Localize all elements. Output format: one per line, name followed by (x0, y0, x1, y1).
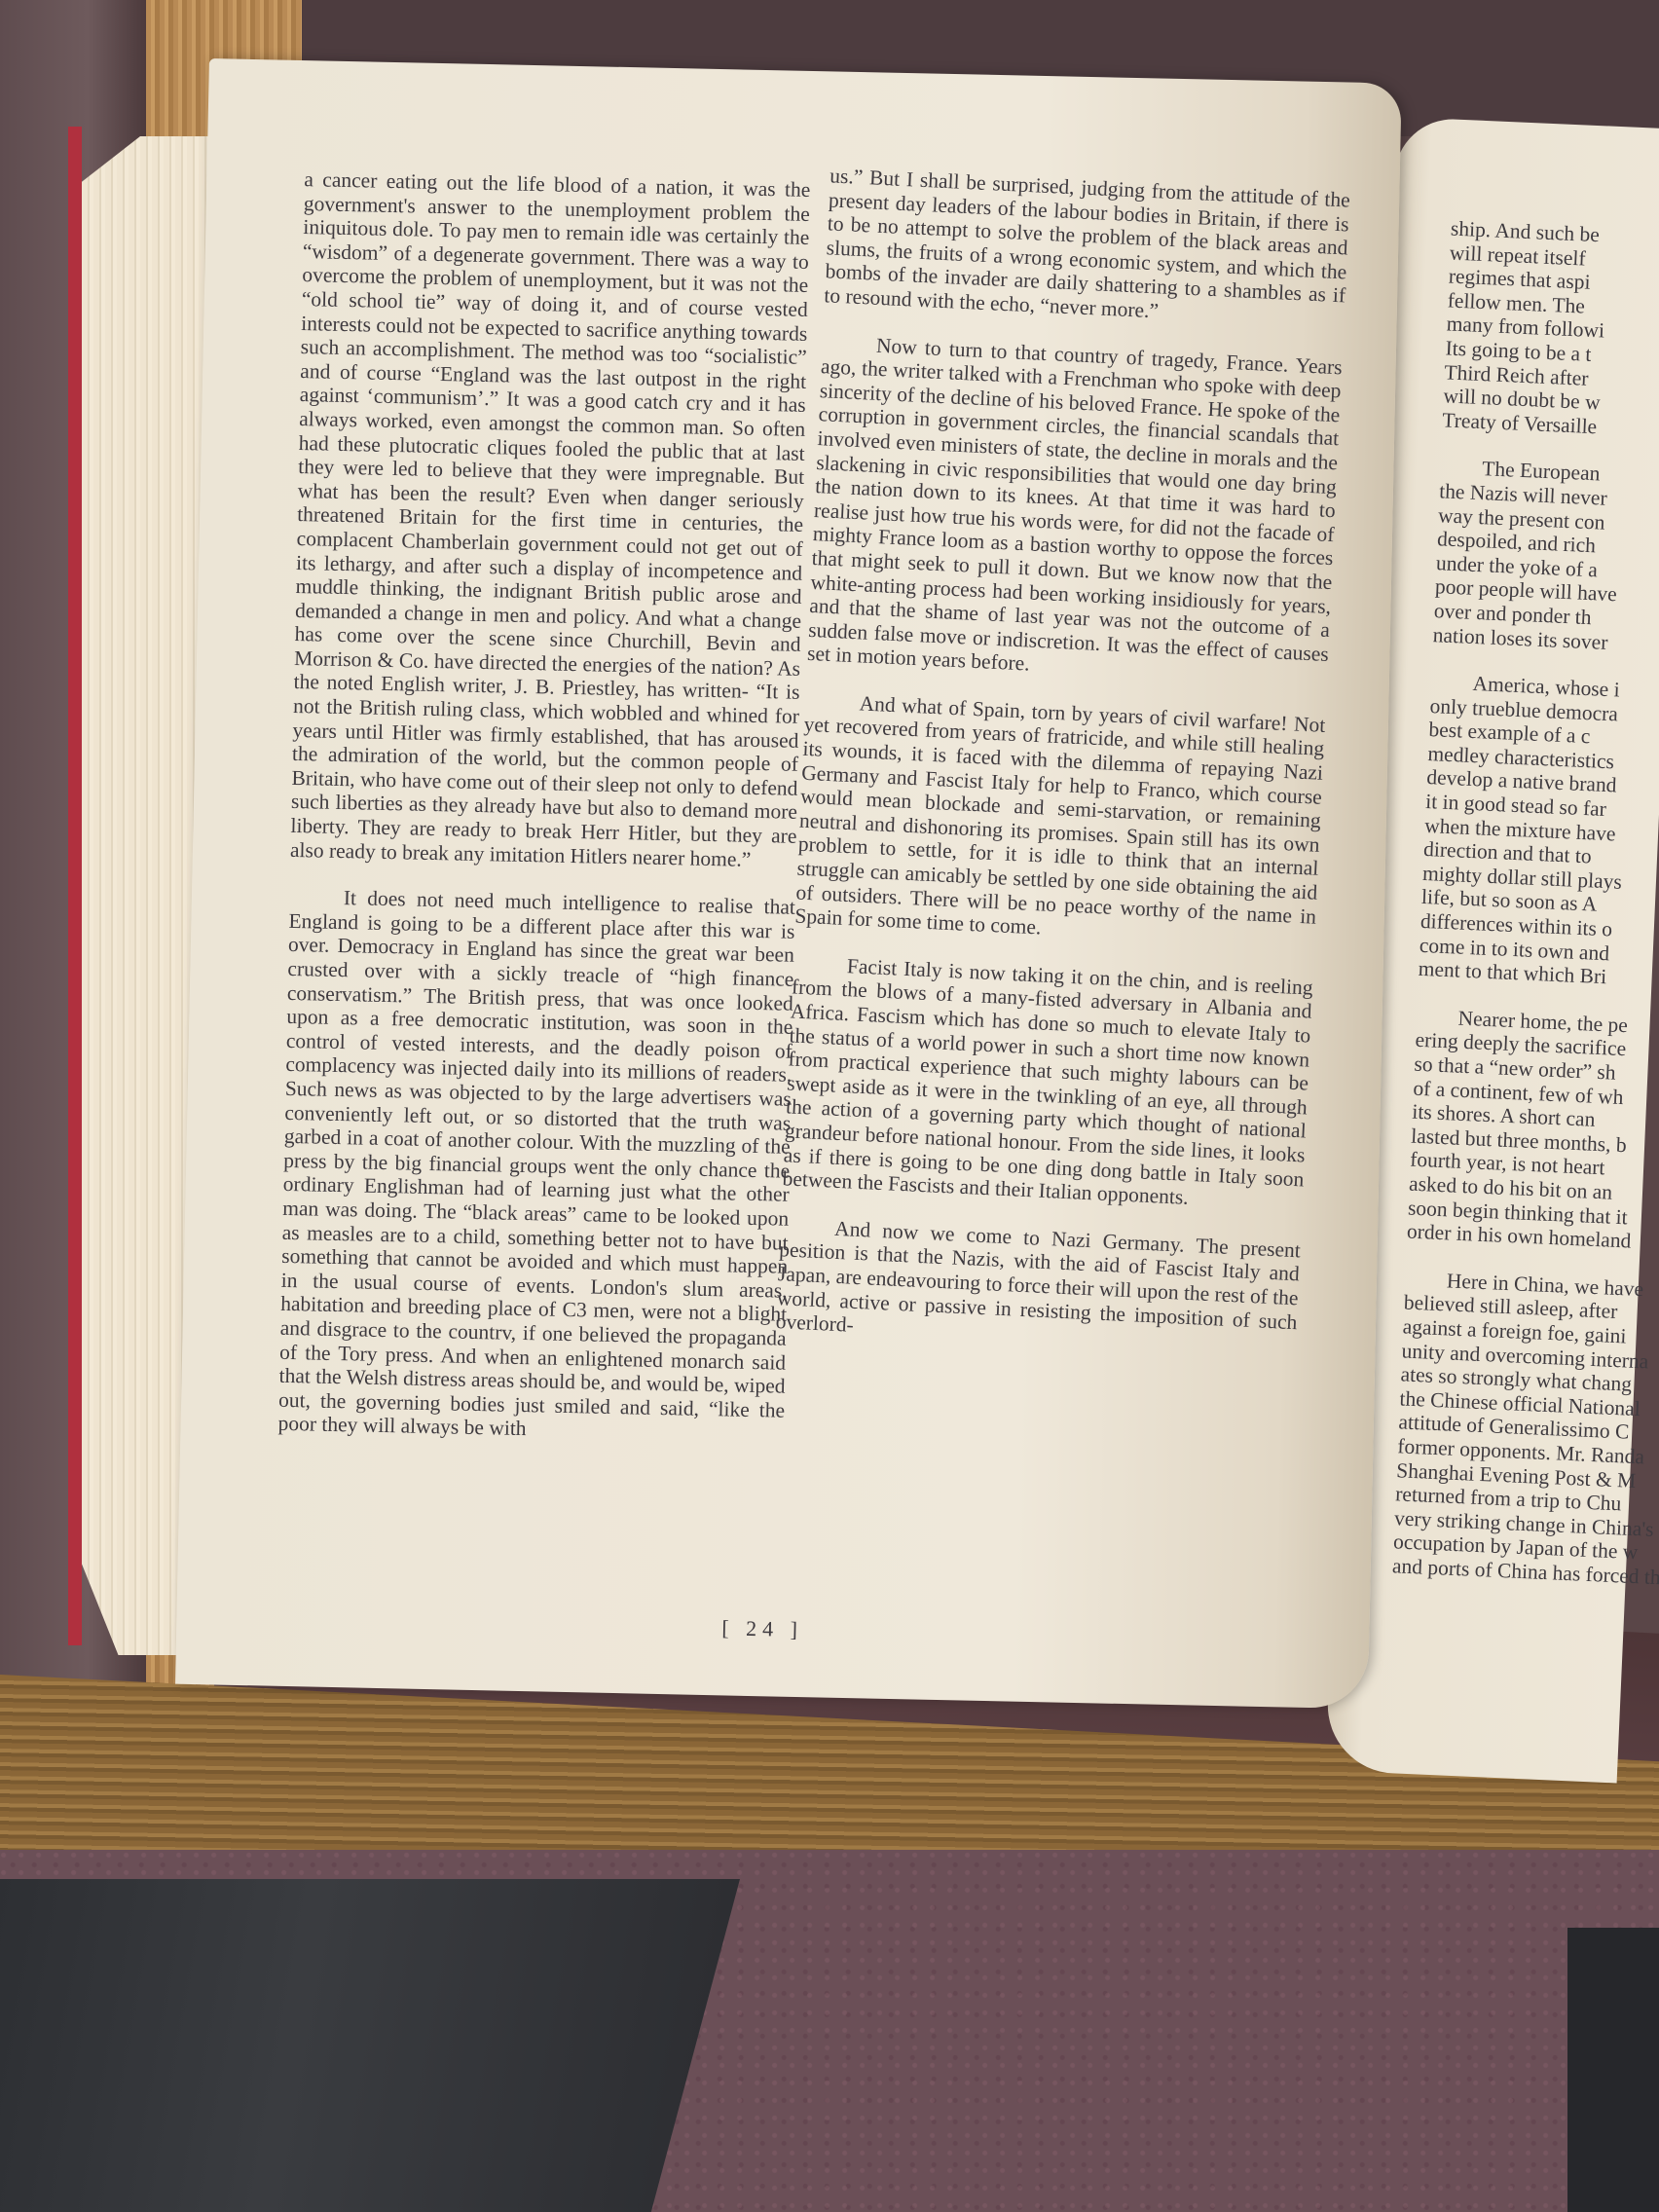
paragraph: And what of Spain, torn by years of civi… (794, 689, 1326, 953)
paragraph: And now we come to Nazi Germany. The pre… (775, 1214, 1301, 1358)
book-red-edge (68, 127, 82, 1645)
right-column: us.” But I shall be surprised, judging f… (775, 164, 1350, 1358)
paragraph: us.” But I shall be surprised, judging f… (824, 164, 1350, 332)
paragraph: America, whose ionly trueblue democrabes… (1418, 670, 1659, 996)
paragraph: Now to turn to that country of tragedy, … (807, 331, 1344, 690)
paragraph: ship. And such bewill repeat itselfregim… (1442, 217, 1659, 448)
paragraph: Facist Italy is now taking it on the chi… (782, 951, 1313, 1215)
paragraph: Here in China, we havebelieved still asl… (1392, 1267, 1659, 1593)
right-page-text: ship. And such bewill repeat itselfregim… (1392, 217, 1659, 1594)
paragraph: a cancer eating out the life blood of a … (290, 167, 811, 872)
paragraph: The Europeanthe Nazis will neverway the … (1432, 456, 1659, 662)
person-leg-right (1567, 1928, 1659, 2212)
paragraph: It does not need much intelligence to re… (277, 885, 795, 1446)
paragraph: Nearer home, the peering deeply the sacr… (1407, 1005, 1659, 1259)
page-number: [ 24 ] (721, 1615, 803, 1642)
left-page: a cancer eating out the life blood of a … (175, 58, 1402, 1709)
person-leg-left (0, 1879, 740, 2212)
left-column: a cancer eating out the life blood of a … (277, 167, 810, 1446)
